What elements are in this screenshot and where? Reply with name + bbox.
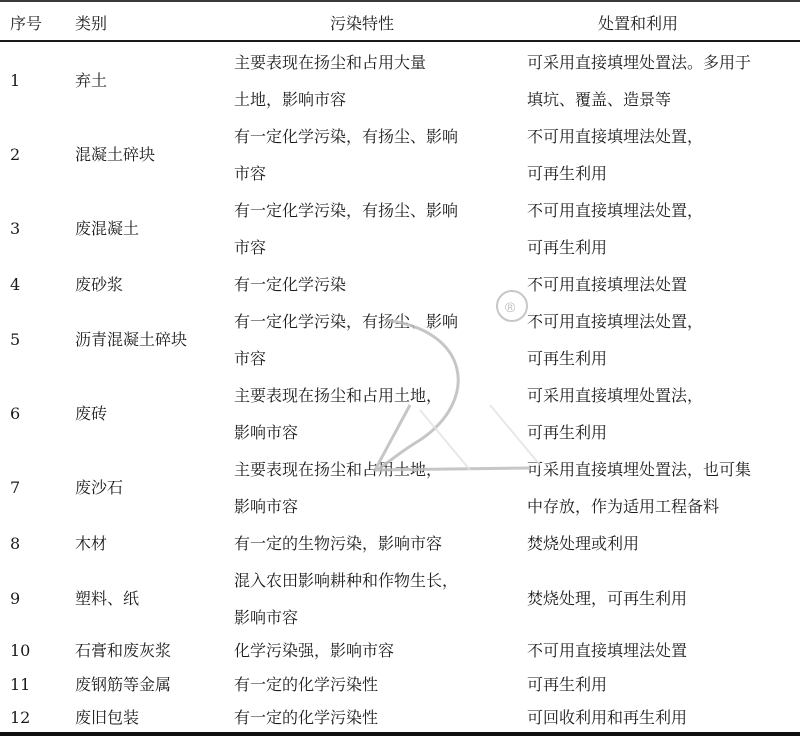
table-row: 2 混凝土碎块 有一定化学污染，有扬尘、影响 市容 不可用直接填埋法处置， 可再… xyxy=(0,118,800,192)
row-pollution: 有一定化学污染，有扬尘、影响 市容 xyxy=(234,192,458,266)
row-pollution: 有一定化学污染，有扬尘、影响 市容 xyxy=(234,303,458,377)
table-row: 12 废旧包装 有一定的化学污染性 可回收利用和再生利用 xyxy=(0,699,800,733)
row-treatment: 不可用直接填埋法处置 xyxy=(527,632,687,669)
table-row: 10 石膏和废灰浆 化学污染强，影响市容 不可用直接填埋法处置 xyxy=(0,632,800,666)
table-row: 11 废钢筋等金属 有一定的化学污染性 可再生利用 xyxy=(0,666,800,700)
row-no: 8 xyxy=(10,525,20,562)
row-type: 废沙石 xyxy=(75,469,123,506)
row-no: 2 xyxy=(10,136,20,173)
row-treatment: 可采用直接填埋处置法， 可再生利用 xyxy=(527,377,703,451)
row-no: 12 xyxy=(10,699,30,736)
row-treatment: 可回收利用和再生利用 xyxy=(527,699,687,736)
row-treatment: 不可用直接填埋法处置， 可再生利用 xyxy=(527,192,703,266)
table-row: 6 废砖 主要表现在扬尘和占用土地， 影响市容 可采用直接填埋处置法， 可再生利… xyxy=(0,377,800,451)
row-no: 9 xyxy=(10,580,20,617)
table-row: 1 弃土 主要表现在扬尘和占用大量 土地，影响市容 可采用直接填埋处置法。多用于… xyxy=(0,44,800,118)
row-no: 4 xyxy=(10,266,20,303)
header-type: 类别 xyxy=(75,14,107,34)
row-no: 7 xyxy=(10,469,20,506)
row-type: 废砖 xyxy=(75,395,107,432)
row-pollution: 主要表现在扬尘和占用大量 土地，影响市容 xyxy=(234,44,426,118)
row-treatment: 可再生利用 xyxy=(527,666,607,703)
table-bottom-rule xyxy=(0,732,800,736)
table-row: 3 废混凝土 有一定化学污染，有扬尘、影响 市容 不可用直接填埋法处置， 可再生… xyxy=(0,192,800,266)
row-type: 废砂浆 xyxy=(75,266,123,303)
row-pollution: 有一定的化学污染性 xyxy=(234,666,378,703)
row-type: 沥青混凝土碎块 xyxy=(75,321,187,358)
row-type: 废旧包装 xyxy=(75,699,139,736)
row-treatment: 焚烧处理或利用 xyxy=(527,525,639,562)
row-treatment: 可采用直接填埋处置法，也可集 中存放，作为适用工程备料 xyxy=(527,451,751,525)
row-treatment: 可采用直接填埋处置法。多用于 填坑、覆盖、造景等 xyxy=(527,44,751,118)
row-type: 石膏和废灰浆 xyxy=(75,632,171,669)
table-row: 5 沥青混凝土碎块 有一定化学污染，有扬尘、影响 市容 不可用直接填埋法处置， … xyxy=(0,303,800,377)
row-type: 弃土 xyxy=(75,62,107,99)
row-pollution: 混入农田影响耕种和作物生长， 影响市容 xyxy=(234,562,458,636)
row-type: 废混凝土 xyxy=(75,210,139,247)
table-row: 4 废砂浆 有一定化学污染 不可用直接填埋法处置 xyxy=(0,266,800,303)
row-treatment: 不可用直接填埋法处置， 可再生利用 xyxy=(527,118,703,192)
table-header: 序号 类别 污染特性 处置和利用 xyxy=(0,8,800,38)
row-no: 6 xyxy=(10,395,20,432)
row-pollution: 主要表现在扬尘和占用土地， 影响市容 xyxy=(234,377,442,451)
row-pollution: 有一定化学污染 xyxy=(234,266,346,303)
header-rule xyxy=(0,40,800,42)
row-no: 3 xyxy=(10,210,20,247)
header-treatment: 处置和利用 xyxy=(598,14,678,34)
row-type: 塑料、纸 xyxy=(75,580,139,617)
row-no: 1 xyxy=(10,62,20,99)
row-type: 混凝土碎块 xyxy=(75,136,155,173)
row-no: 11 xyxy=(10,666,30,703)
header-no: 序号 xyxy=(10,14,42,34)
header-pollution: 污染特性 xyxy=(330,14,394,34)
row-pollution: 有一定的化学污染性 xyxy=(234,699,378,736)
row-no: 10 xyxy=(10,632,30,669)
row-pollution: 化学污染强，影响市容 xyxy=(234,632,394,669)
row-type: 废钢筋等金属 xyxy=(75,666,171,703)
row-pollution: 有一定的生物污染，影响市容 xyxy=(234,525,442,562)
row-type: 木材 xyxy=(75,525,107,562)
row-no: 5 xyxy=(10,321,20,358)
row-treatment: 不可用直接填埋法处置， 可再生利用 xyxy=(527,303,703,377)
table-row: 7 废沙石 主要表现在扬尘和占用土地， 影响市容 可采用直接填埋处置法，也可集 … xyxy=(0,451,800,525)
row-pollution: 有一定化学污染，有扬尘、影响 市容 xyxy=(234,118,458,192)
row-pollution: 主要表现在扬尘和占用土地， 影响市容 xyxy=(234,451,442,525)
table-top-rule xyxy=(0,0,800,2)
row-treatment: 不可用直接填埋法处置 xyxy=(527,266,687,303)
row-treatment: 焚烧处理，可再生利用 xyxy=(527,580,687,617)
table-row: 8 木材 有一定的生物污染，影响市容 焚烧处理或利用 xyxy=(0,525,800,562)
table-row: 9 塑料、纸 混入农田影响耕种和作物生长， 影响市容 焚烧处理，可再生利用 xyxy=(0,562,800,636)
